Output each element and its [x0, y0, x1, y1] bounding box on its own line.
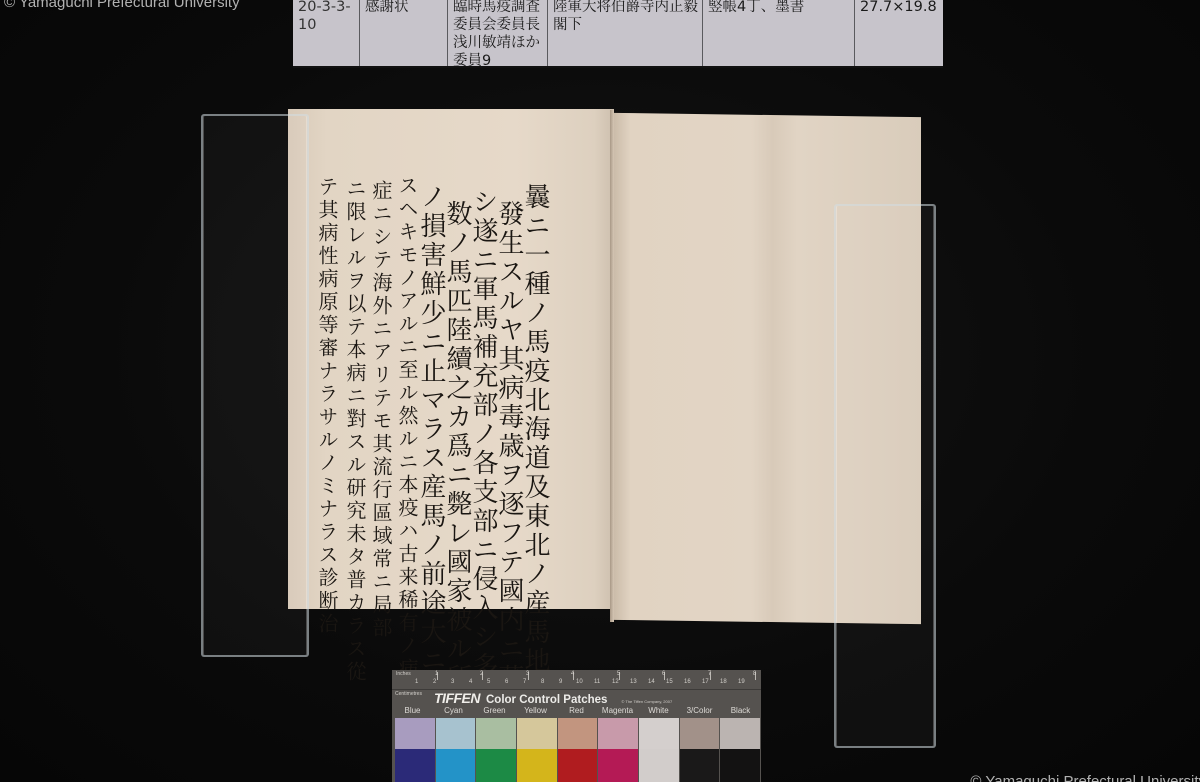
ruler: Inches 1 2 3 4 5 6 7 8 1 2 3 4 5 6 7 8 9… — [392, 670, 761, 690]
ruler-inches-label: Inches — [396, 671, 411, 677]
patch-label-black: Black — [720, 706, 761, 715]
catalog-id: 20-3-3-10 — [293, 0, 360, 66]
document-title: 感謝状 — [360, 0, 448, 66]
color-control-chart: Inches 1 2 3 4 5 6 7 8 1 2 3 4 5 6 7 8 9… — [392, 670, 761, 782]
page-fold — [610, 110, 614, 622]
color-patches — [395, 718, 761, 782]
text-column-1: 曩ニ一種ノ馬疫北海道及東北ノ産馬地ニ — [520, 183, 550, 705]
document-recipient: 陸軍大将伯爵寺内正毅閣下 — [548, 0, 703, 66]
scan-background: © Yamaguchi Prefectural University 20-3-… — [0, 0, 1200, 782]
patch-cyan — [436, 718, 476, 782]
patch-label-yellow: Yellow — [515, 706, 556, 715]
text-column-9: テ其病性病原等審ナラサルノミナラス診断治 — [312, 176, 342, 636]
text-column-7: 症ニシテ海外ニアリテモ其流行區域常ニ局部 — [366, 180, 396, 640]
patch-black — [720, 718, 760, 782]
ruler-cm-label: Centimetres — [395, 691, 422, 697]
copyright-watermark-top: © Yamaguchi Prefectural University — [4, 0, 240, 11]
patch-label-3color: 3/Color — [679, 706, 720, 715]
patch-blue — [395, 718, 435, 782]
tiffen-logo: TIFFEN — [434, 690, 480, 706]
patch-label-blue: Blue — [392, 706, 433, 715]
patch-white — [639, 718, 679, 782]
patch-magenta — [598, 718, 638, 782]
text-column-3: シ遂ニ軍馬補充部ノ各支部ニ侵入シ多 — [468, 188, 498, 681]
text-column-2: 發生スルヤ其病毒歳ヲ逐フテ國内ニ蔓延 — [494, 200, 524, 722]
text-column-6: スヘキモノアルニ至ル然ルニ本疫ハ古来稀有ノ病 — [392, 175, 422, 681]
patch-3color — [680, 718, 720, 782]
chart-header: TIFFEN Color Control Patches © The Tiffe… — [434, 690, 672, 706]
document-form: 竪帳4丁、墨書 — [703, 0, 855, 66]
patch-labels: Blue Cyan Green Yellow Red Magenta White… — [392, 706, 761, 715]
text-column-4: 数ノ馬匹陸續之カ爲ニ斃レ國家被ル所 — [442, 200, 472, 693]
patch-red — [558, 718, 598, 782]
document-author: 臨時馬疫調査委員会委員長浅川敏靖ほか委員9 — [448, 0, 548, 66]
patch-green — [476, 718, 516, 782]
patch-label-red: Red — [556, 706, 597, 715]
patch-yellow — [517, 718, 557, 782]
patch-label-cyan: Cyan — [433, 706, 474, 715]
chart-title: Color Control Patches — [486, 694, 607, 706]
glass-weight-right — [834, 204, 936, 748]
document-size: 27.7×19.8 — [855, 0, 943, 66]
patch-label-green: Green — [474, 706, 515, 715]
patch-label-white: White — [638, 706, 679, 715]
glass-weight-left — [201, 114, 309, 657]
copyright-watermark-bottom: © Yamaguchi Prefectural University — [970, 773, 1200, 782]
patch-label-magenta: Magenta — [597, 706, 638, 715]
chart-copyright: © The Tiffen Company, 2007 — [621, 699, 672, 704]
text-column-8: ニ限レルヲ以テ本病ニ對スル研究未タ普カラス從 — [340, 178, 370, 684]
catalog-metadata-row: 20-3-3-10 感謝状 臨時馬疫調査委員会委員長浅川敏靖ほか委員9 陸軍大将… — [293, 0, 943, 68]
